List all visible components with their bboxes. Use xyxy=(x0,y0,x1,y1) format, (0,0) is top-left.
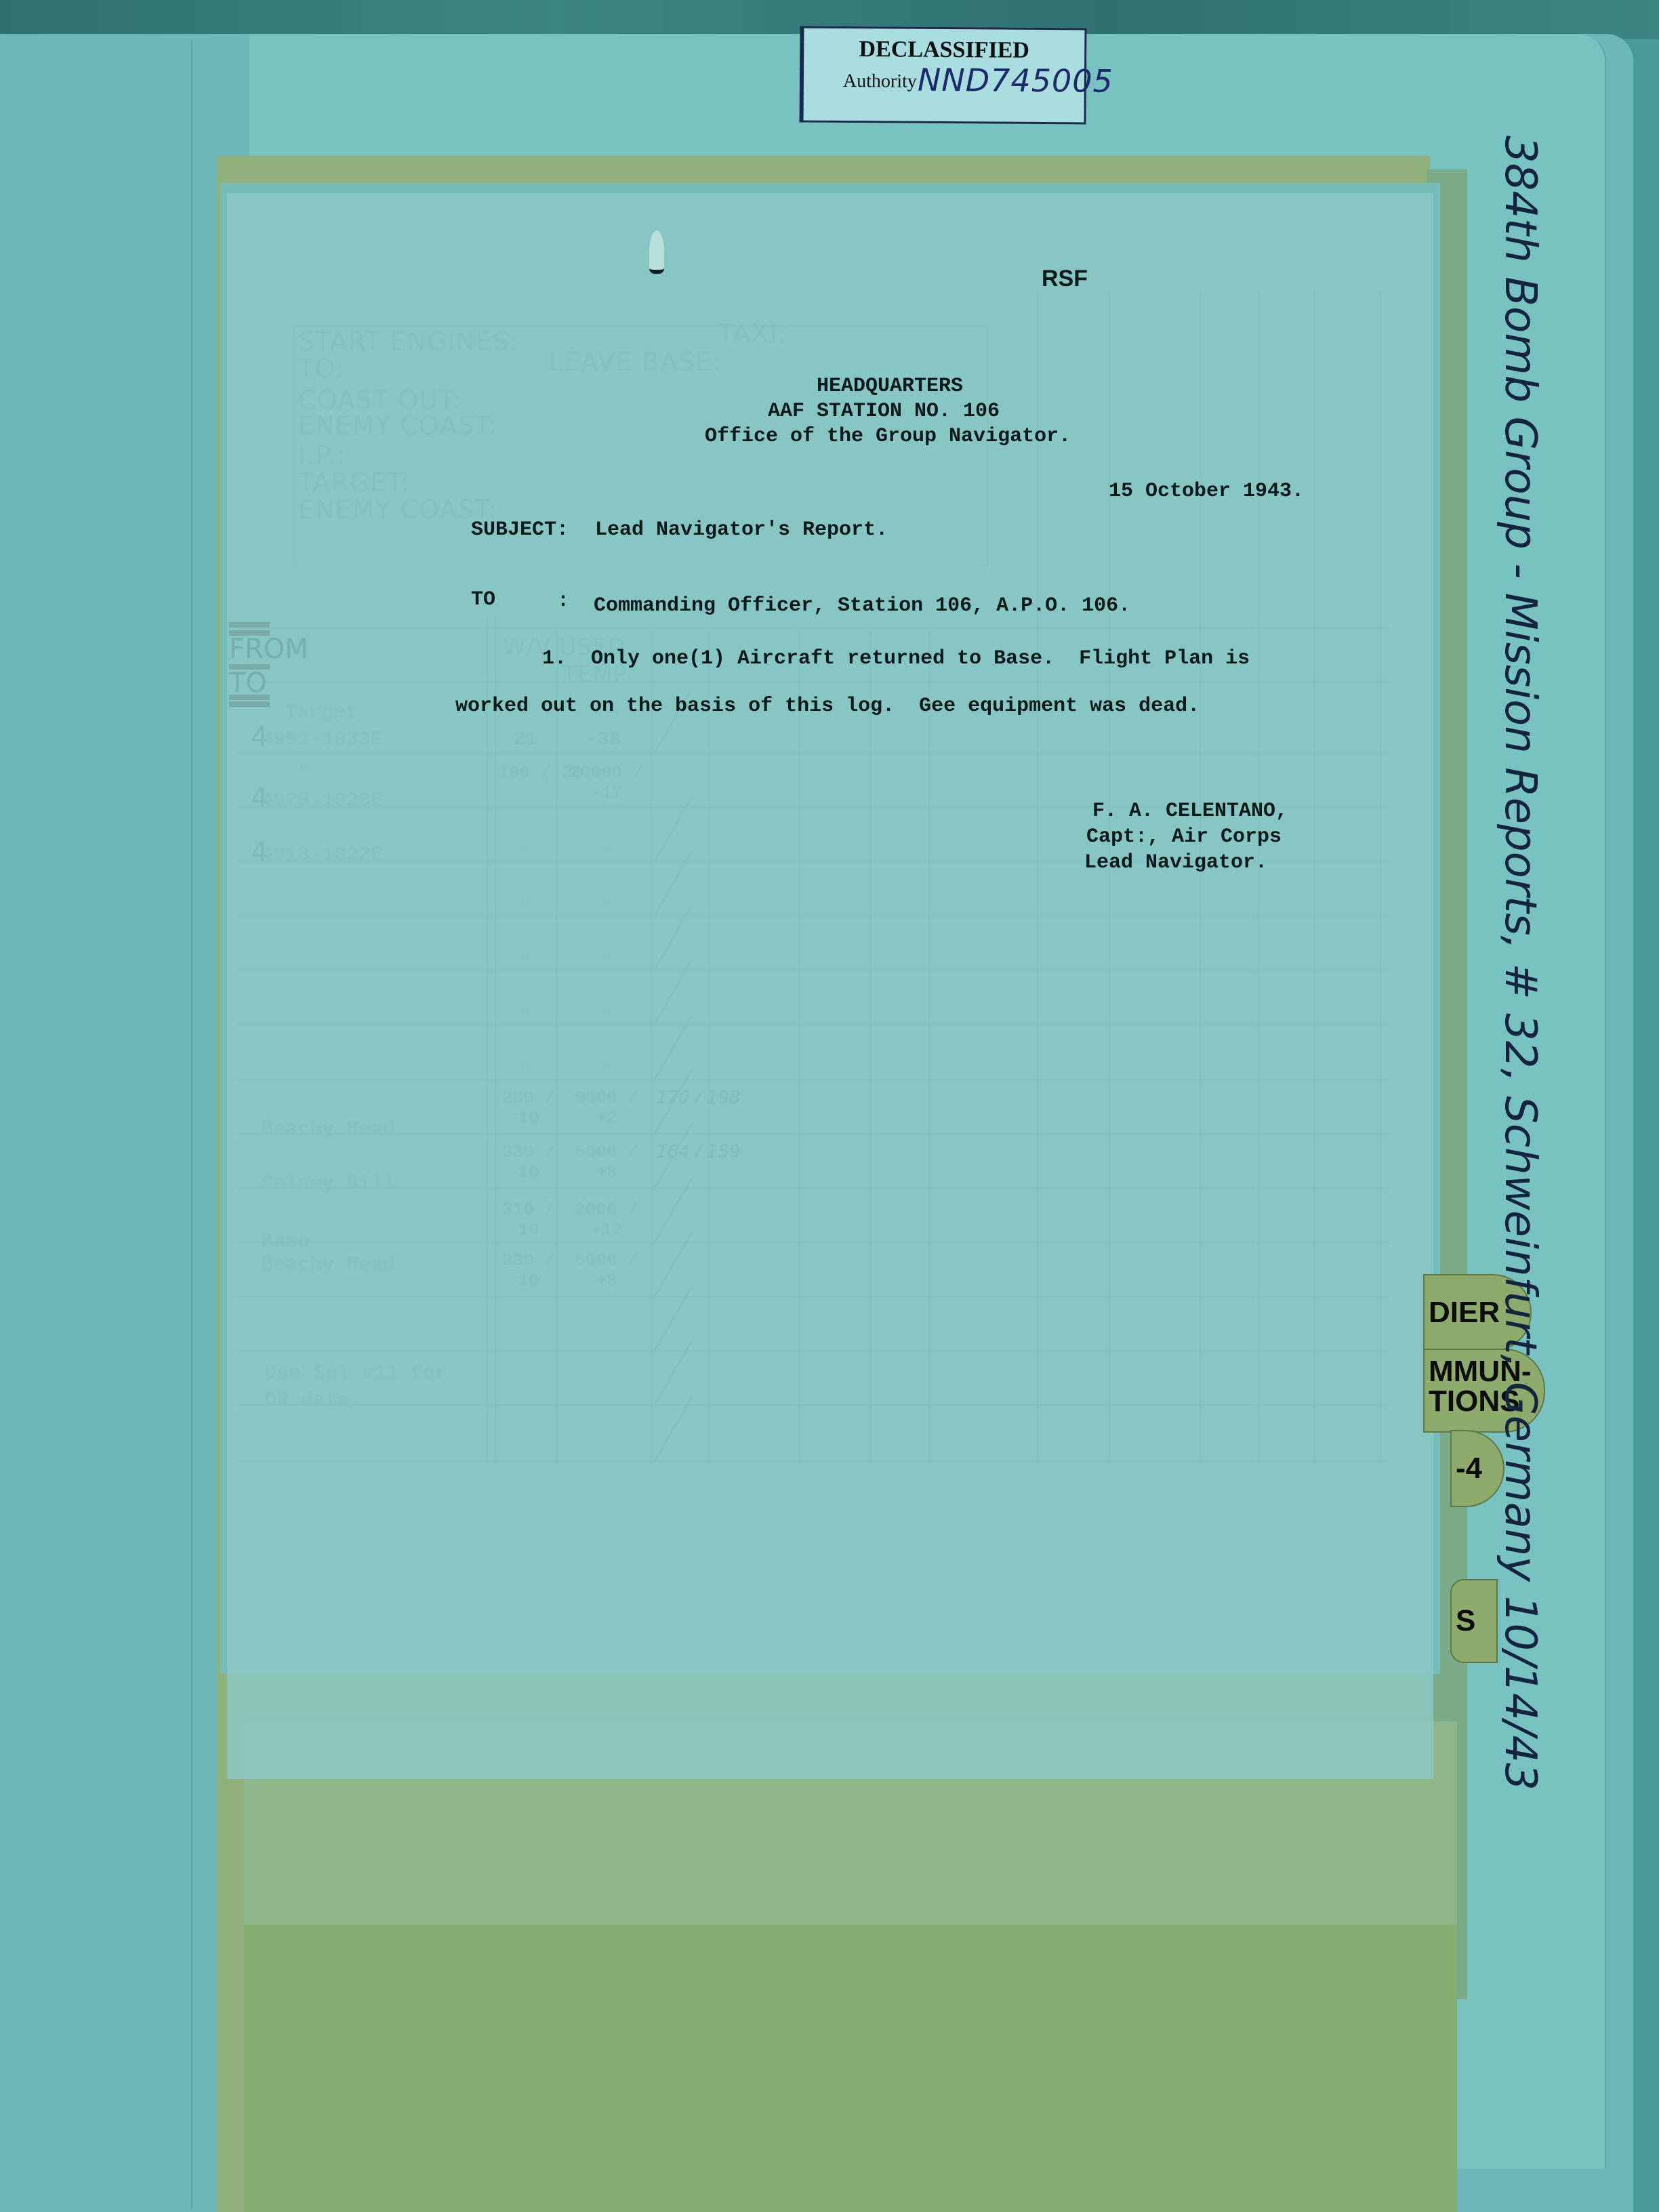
memo-header-station: AAF STATION NO. 106 xyxy=(768,400,1000,423)
punch-hole xyxy=(649,230,664,274)
memo-paragraph-line1: 1. Only one(1) Aircraft returned to Base… xyxy=(542,647,1250,670)
memo-subject-label: SUBJECT: xyxy=(471,518,569,541)
memo-to-value: Commanding Officer, Station 106, A.P.O. … xyxy=(594,594,1130,617)
yellow-lower-sheet xyxy=(244,1925,1457,2212)
memo-to-separator: : xyxy=(557,590,569,613)
handwritten-folder-note: 384th Bomb Group - Mission Reports, # 32… xyxy=(1495,136,1545,1790)
signature-title: Lead Navigator. xyxy=(1084,851,1267,874)
folder-crease xyxy=(191,41,192,2209)
signature-name: F. A. CELENTANO, xyxy=(1092,800,1288,823)
corner-mark: RSF xyxy=(1042,266,1088,292)
divider-tab[interactable]: S xyxy=(1450,1579,1498,1663)
stamp-authority-label: Authority xyxy=(843,70,917,93)
memo-header-hq: HEADQUARTERS xyxy=(817,375,963,398)
signature-rank: Capt:, Air Corps xyxy=(1086,825,1282,848)
memo-to-label: TO xyxy=(471,588,495,611)
declassified-stamp: DECLASSIFIED Authority NND745005 xyxy=(800,26,1087,125)
memo-date: 15 October 1943. xyxy=(1109,480,1304,503)
stamp-title: DECLASSIFIED xyxy=(804,37,1084,64)
memo-header-office: Office of the Group Navigator. xyxy=(705,425,1071,448)
memo-paragraph-line2: worked out on the basis of this log. Gee… xyxy=(455,695,1200,718)
memo-subject-value: Lead Navigator's Report. xyxy=(595,518,888,541)
stamp-authority-value: NND745005 xyxy=(918,62,1113,100)
